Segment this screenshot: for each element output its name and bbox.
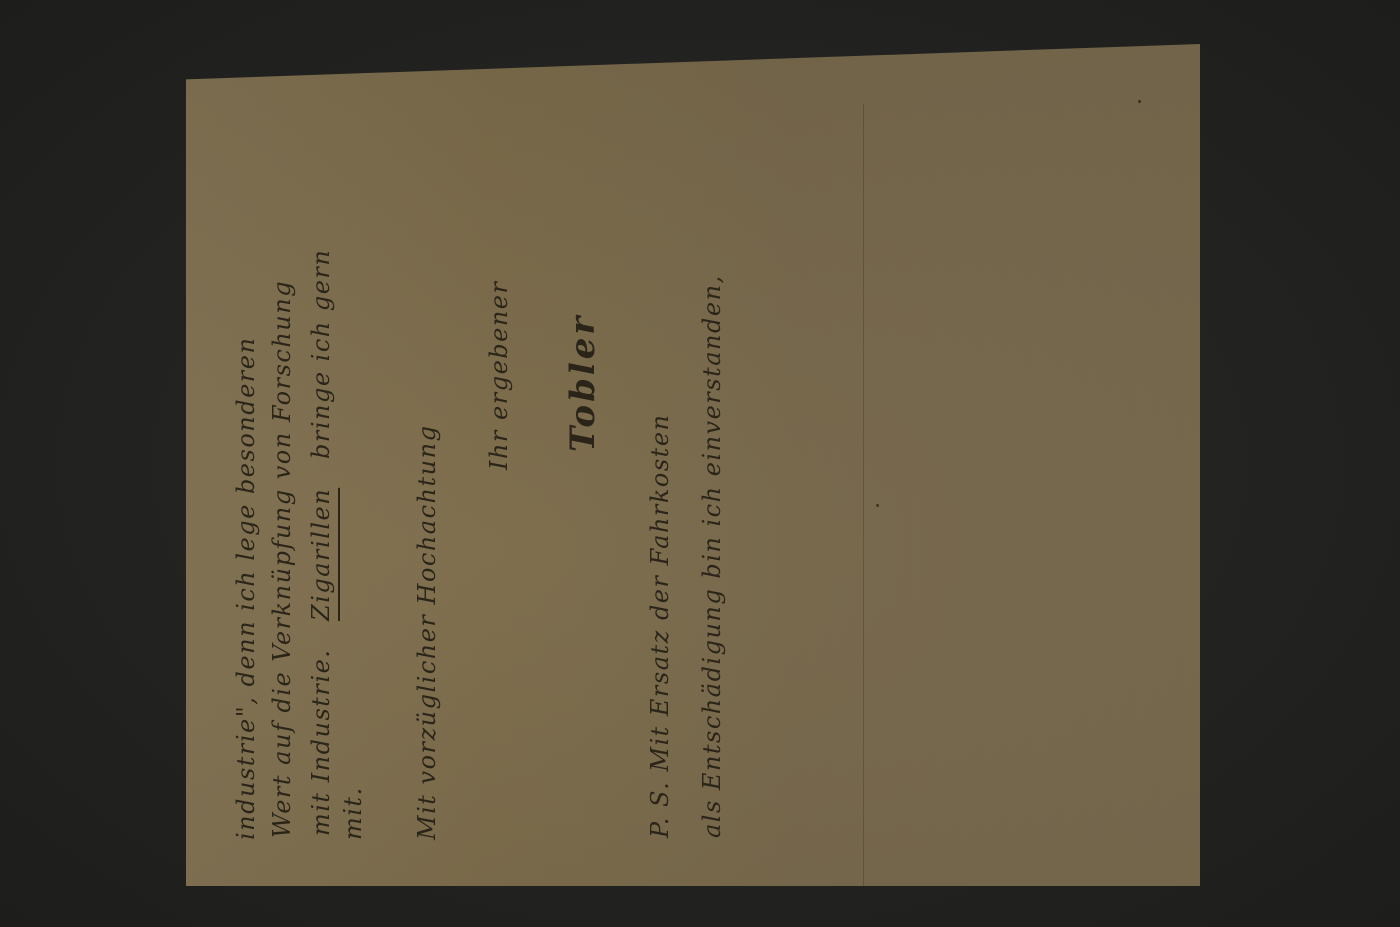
postscript-text: P. S. Mit Ersatz der Fahrkosten [646,414,674,839]
letter-sheet [186,44,1200,886]
closing-text: Mit vorzüglicher Hochachtung [413,425,441,840]
line-text: bringe ich gern [309,249,333,459]
line-text: mit Industrie. [309,649,333,836]
closing-line-2: Ihr ergebener [487,210,511,470]
letter-line-3: mit Industrie. Zigarillen bringe ich ger… [309,120,333,836]
paper-speck [1138,100,1141,103]
postscript-line-2: als Entschädigung bin ich einverstanden, [700,78,724,838]
paper-speck [876,504,879,507]
postscript-text: als Entschädigung bin ich einverstanden, [698,274,726,838]
letter-line-1: industrie", denn ich lege besonderen [234,88,258,840]
closing-text: Ihr ergebener [485,281,513,470]
letter-line-2: Wert auf die Verknüpfung von Forschung [270,110,294,838]
closing-line-1: Mit vorzüglicher Hochachtung [415,250,439,840]
line-text: industrie", denn ich lege besonderen [232,337,260,840]
line-text: Wert auf die Verknüpfung von Forschung [268,280,296,838]
signature: Tobler [566,262,600,452]
postscript-line-1: P. S. Mit Ersatz der Fahrkosten [648,178,672,838]
fold-line [863,104,864,927]
line-text: mit. [339,786,367,840]
underlined-word: Zigarillen [309,487,333,620]
letter-line-4: mit. [341,770,365,840]
signature-text: Tobler [563,314,603,452]
